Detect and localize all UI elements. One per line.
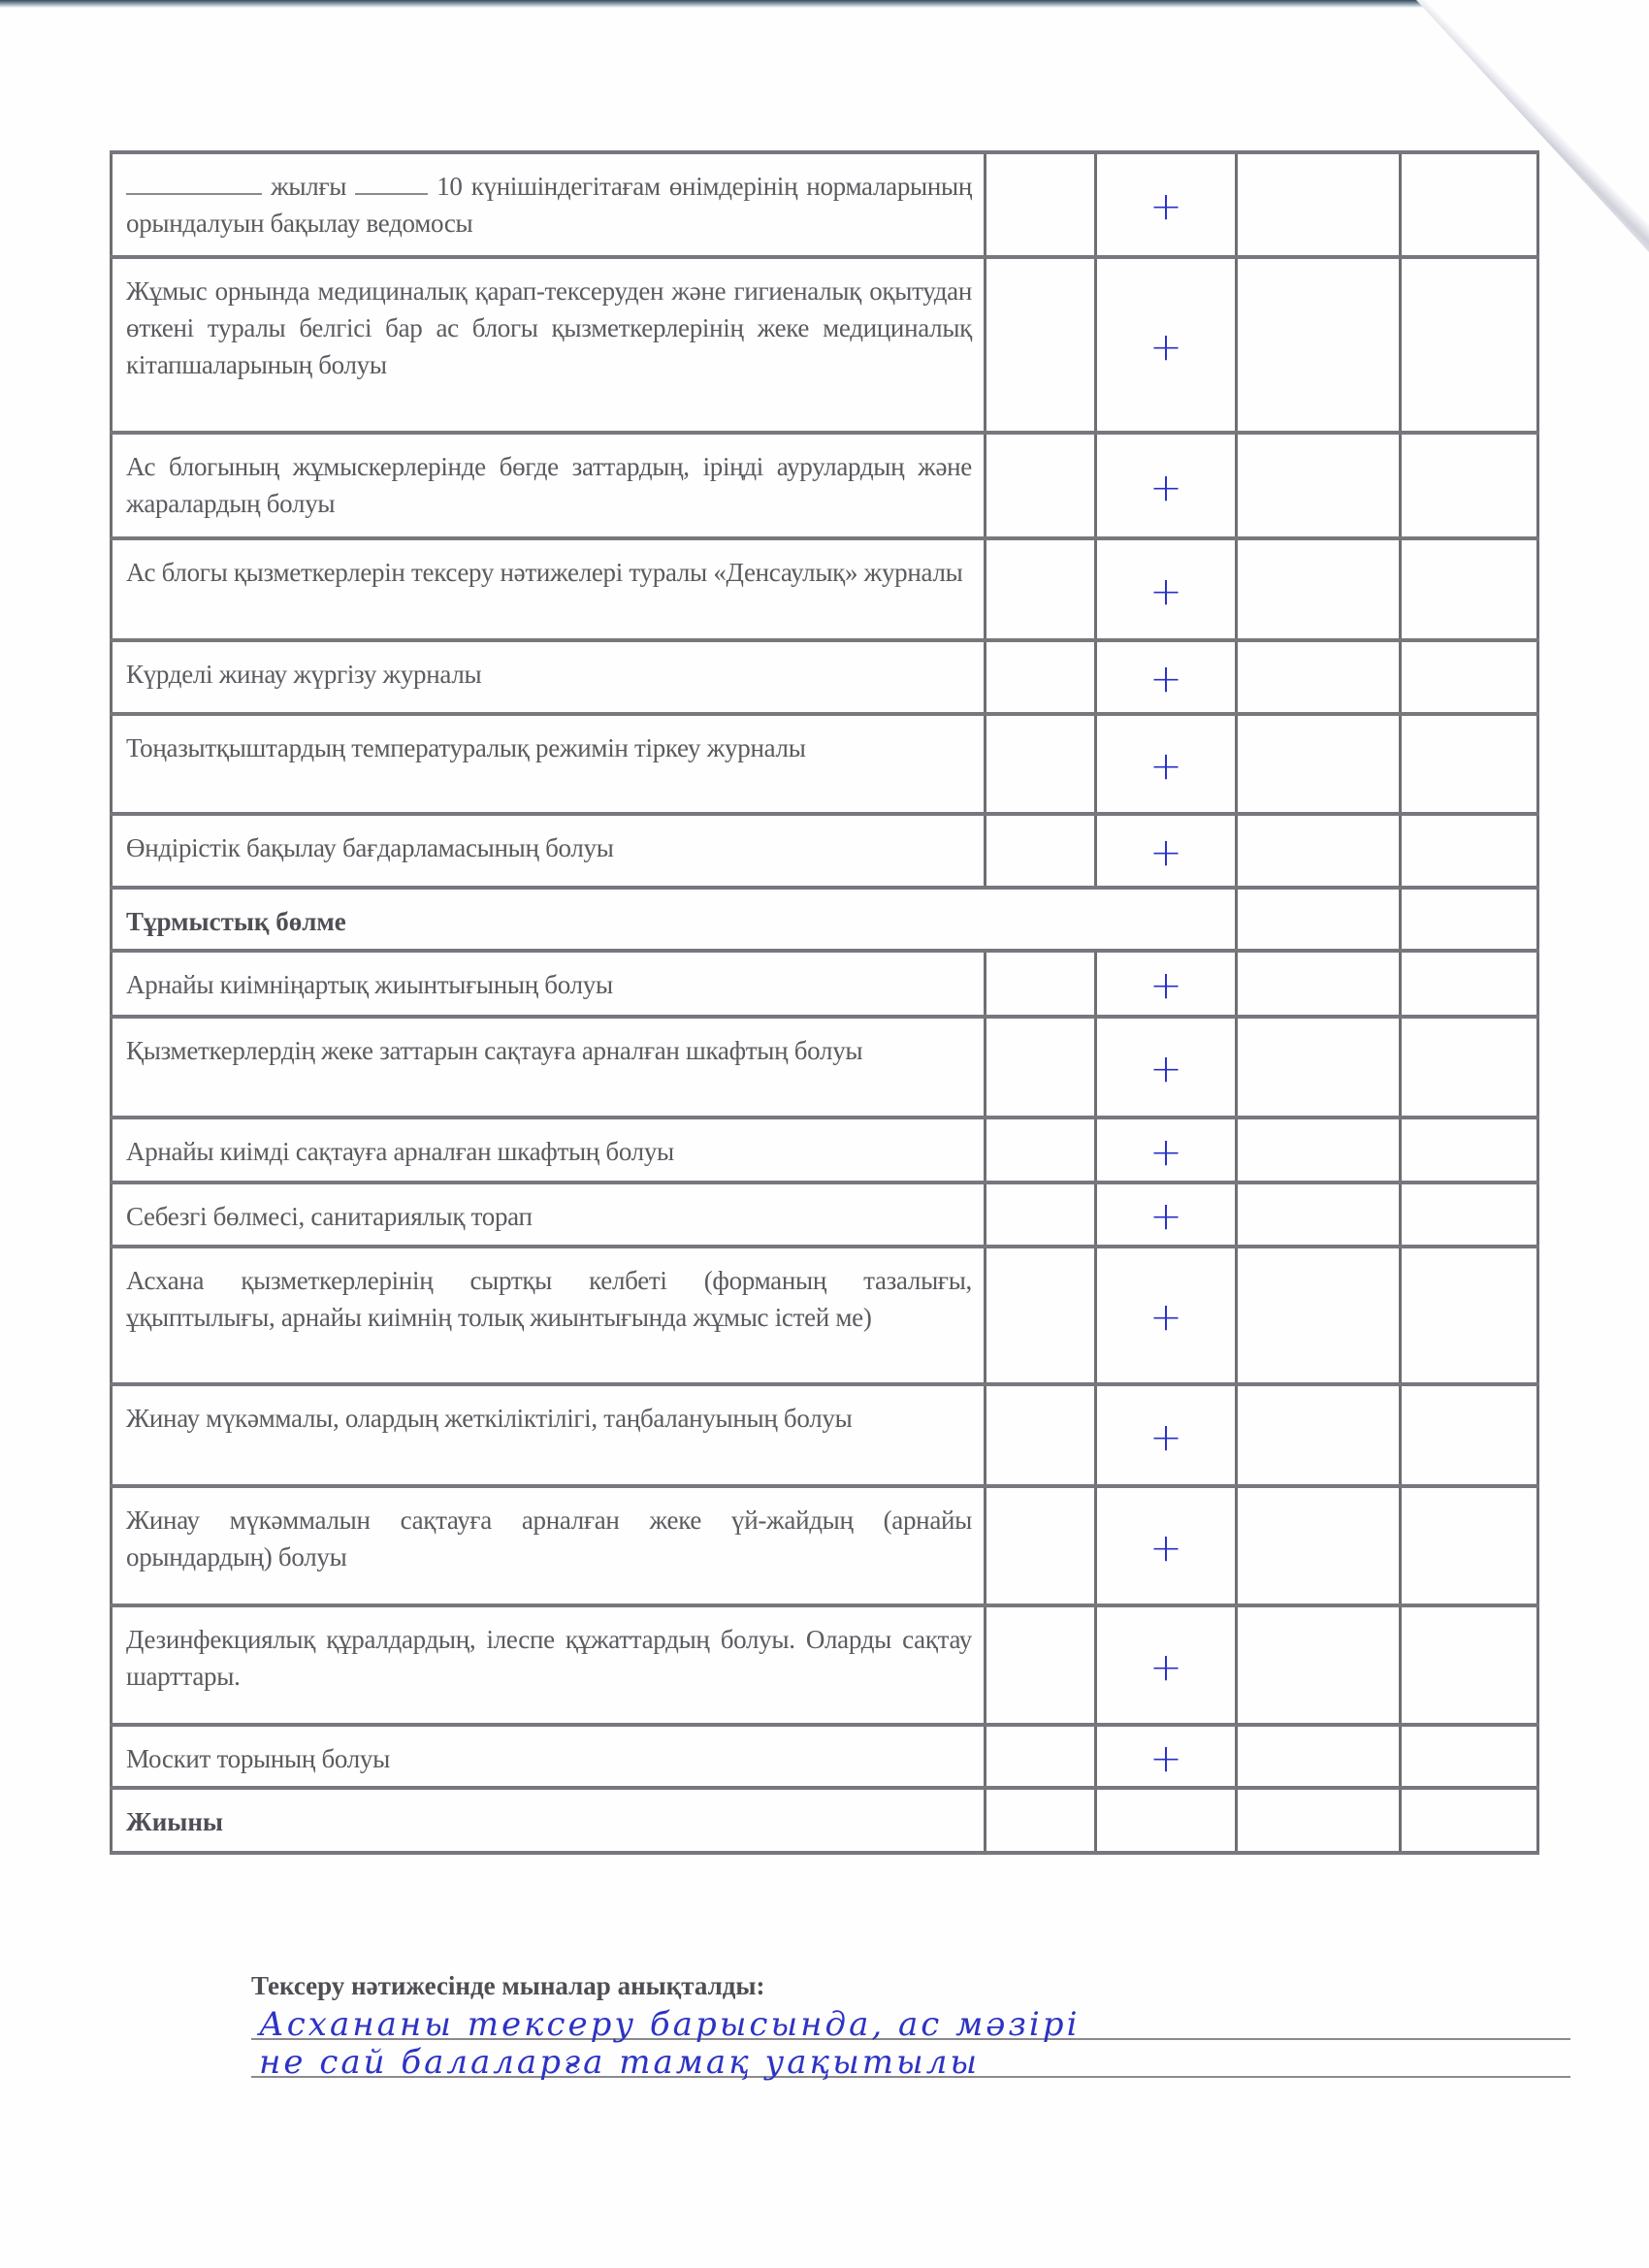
mark-cell[interactable] xyxy=(1399,1727,1539,1786)
mark-cell[interactable] xyxy=(984,716,1094,812)
mark-cell[interactable] xyxy=(1399,154,1539,255)
mark-cell[interactable]: + xyxy=(1094,1184,1235,1245)
criterion-text: Қызметкерлердің жеке заттарын сақтауға а… xyxy=(126,1032,972,1069)
mark-cell[interactable] xyxy=(1235,1790,1399,1851)
criterion-cell: Асхана қызметкерлерінің сыртқы келбеті (… xyxy=(110,1248,984,1382)
section-title-cell: Тұрмыстық бөлме xyxy=(110,890,1235,949)
mark-cell[interactable] xyxy=(1235,716,1399,812)
criterion-text: Тоңазытқыштардың температуралық режимін … xyxy=(126,729,972,766)
criterion-text-part: 10 күнішіндегітағам өнімдерінің нормалар… xyxy=(126,172,972,238)
mark-cell[interactable]: + xyxy=(1094,435,1235,536)
mark-cell[interactable] xyxy=(984,1248,1094,1382)
criterion-cell: Себезгі бөлмесі, санитариялық торап xyxy=(110,1184,984,1245)
mark-cell[interactable]: + xyxy=(1094,1607,1235,1723)
mark-cell[interactable] xyxy=(1399,716,1539,812)
criterion-text: Жинау мүкәммалы, олардың жеткіліктілігі,… xyxy=(126,1400,972,1437)
criterion-text: жылғы 10 күнішіндегітағам өнімдерінің но… xyxy=(126,168,972,242)
mark-cell[interactable] xyxy=(1094,1790,1235,1851)
mark-cell[interactable] xyxy=(984,1790,1094,1851)
criterion-cell: Дезинфекциялық құралдардың, ілеспе құжат… xyxy=(110,1607,984,1723)
table-row: Ас блогының жұмыскерлерінде бөгде заттар… xyxy=(110,431,1539,536)
handwritten-plus-mark: + xyxy=(1149,657,1182,701)
mark-cell[interactable] xyxy=(984,1386,1094,1484)
handwritten-plus-mark: + xyxy=(1149,1295,1182,1340)
mark-cell[interactable] xyxy=(984,1119,1094,1181)
criterion-text: Өндірістік бақылау бағдарламасының болуы xyxy=(126,829,972,866)
mark-cell[interactable] xyxy=(984,540,1094,638)
mark-cell[interactable] xyxy=(984,816,1094,886)
mark-cell[interactable] xyxy=(1399,1119,1539,1181)
mark-cell[interactable] xyxy=(984,1607,1094,1723)
mark-cell[interactable] xyxy=(1235,1607,1399,1723)
table-row: Жинау мүкәммалы, олардың жеткіліктілігі,… xyxy=(110,1382,1539,1484)
handwritten-plus-mark: + xyxy=(1149,1645,1182,1690)
table-row: Арнайы киімніңартық жиынтығының болуы+ xyxy=(110,949,1539,1015)
mark-cell[interactable] xyxy=(1235,1184,1399,1245)
criterion-cell: Жиыны xyxy=(110,1790,984,1851)
mark-cell[interactable] xyxy=(1399,435,1539,536)
section-title: Тұрмыстық бөлме xyxy=(126,903,1223,940)
criterion-cell: Арнайы киімніңартық жиынтығының болуы xyxy=(110,953,984,1015)
mark-cell[interactable]: + xyxy=(1094,540,1235,638)
criterion-cell: Тоңазытқыштардың температуралық режимін … xyxy=(110,716,984,812)
mark-cell[interactable]: + xyxy=(1094,259,1235,431)
mark-cell[interactable] xyxy=(1235,1386,1399,1484)
table-row: Өндірістік бақылау бағдарламасының болуы… xyxy=(110,812,1539,886)
criterion-cell: Жинау мүкәммалы, олардың жеткіліктілігі,… xyxy=(110,1386,984,1484)
total-row: Жиыны xyxy=(110,1786,1539,1855)
criterion-text-part: жылғы xyxy=(262,172,355,201)
mark-cell[interactable] xyxy=(1235,642,1399,712)
score-cell[interactable] xyxy=(1235,890,1399,949)
mark-cell[interactable] xyxy=(1235,154,1399,255)
mark-cell[interactable] xyxy=(984,953,1094,1015)
table-row: Тоңазытқыштардың температуралық режимін … xyxy=(110,712,1539,812)
table-row: Дезинфекциялық құралдардың, ілеспе құжат… xyxy=(110,1604,1539,1723)
criterion-text: Асхана қызметкерлерінің сыртқы келбеті (… xyxy=(126,1262,972,1336)
mark-cell[interactable] xyxy=(1235,1727,1399,1786)
criterion-text: Ас блогы қызметкерлерін тексеру нәтижеле… xyxy=(126,554,972,591)
criterion-text: Арнайы киімніңартық жиынтығының болуы xyxy=(126,966,972,1003)
handwritten-plus-mark: + xyxy=(1149,830,1182,875)
criterion-text: Себезгі бөлмесі, санитариялық торап xyxy=(126,1198,972,1235)
criterion-cell: Қызметкерлердің жеке заттарын сақтауға а… xyxy=(110,1019,984,1116)
blank-field[interactable] xyxy=(126,193,262,195)
mark-cell[interactable] xyxy=(1235,1119,1399,1181)
table-row: Жұмыс орнында медициналық қарап-тексеруд… xyxy=(110,255,1539,431)
mark-cell[interactable] xyxy=(1399,953,1539,1015)
mark-cell[interactable] xyxy=(1235,1488,1399,1604)
mark-cell[interactable] xyxy=(984,259,1094,431)
mark-cell[interactable] xyxy=(1399,1386,1539,1484)
criterion-text: Күрделі жинау жүргізу журналы xyxy=(126,656,972,693)
mark-cell[interactable] xyxy=(984,642,1094,712)
table-row: Күрделі жинау жүргізу журналы+ xyxy=(110,638,1539,712)
mark-cell[interactable] xyxy=(1399,816,1539,886)
criterion-cell: Өндірістік бақылау бағдарламасының болуы xyxy=(110,816,984,886)
mark-cell[interactable]: + xyxy=(1094,1727,1235,1786)
table-row: Жинау мүкәммалын сақтауға арналған жеке … xyxy=(110,1484,1539,1604)
handwritten-plus-mark: + xyxy=(1149,1736,1182,1781)
mark-cell[interactable] xyxy=(1235,1248,1399,1382)
criterion-text: Дезинфекциялық құралдардың, ілеспе құжат… xyxy=(126,1621,972,1695)
criterion-text: Москит торының болуы xyxy=(126,1740,972,1777)
table-row: Асхана қызметкерлерінің сыртқы келбеті (… xyxy=(110,1245,1539,1382)
handwritten-plus-mark: + xyxy=(1149,744,1182,789)
table-row: Арнайы киімді сақтауға арналған шкафтың … xyxy=(110,1116,1539,1181)
conclusion-line-2[interactable]: не сай балаларға тамақ уақытылы xyxy=(251,2040,1570,2078)
mark-cell[interactable] xyxy=(1399,1790,1539,1851)
criterion-cell: жылғы 10 күнішіндегітағам өнімдерінің но… xyxy=(110,154,984,255)
mark-cell[interactable] xyxy=(984,1727,1094,1786)
criterion-cell: Жинау мүкәммалын сақтауға арналған жеке … xyxy=(110,1488,984,1604)
criterion-cell: Күрделі жинау жүргізу журналы xyxy=(110,642,984,712)
mark-cell[interactable] xyxy=(1235,435,1399,536)
handwritten-text: не сай балаларға тамақ уақытылы xyxy=(259,2043,980,2082)
criterion-cell: Москит торының болуы xyxy=(110,1727,984,1786)
criterion-text: Ас блогының жұмыскерлерінде бөгде заттар… xyxy=(126,448,972,522)
conclusion-section: Тексеру нәтижесінде мыналар анықталды: А… xyxy=(251,1969,1570,2078)
criterion-cell: Арнайы киімді сақтауға арналған шкафтың … xyxy=(110,1119,984,1181)
mark-cell[interactable] xyxy=(1399,1248,1539,1382)
mark-cell[interactable] xyxy=(1235,540,1399,638)
mark-cell[interactable] xyxy=(1235,816,1399,886)
mark-cell[interactable] xyxy=(984,1019,1094,1116)
mark-cell[interactable]: + xyxy=(1094,154,1235,255)
mark-cell[interactable]: + xyxy=(1094,1248,1235,1382)
criterion-text: Жинау мүкәммалын сақтауға арналған жеке … xyxy=(126,1502,972,1575)
criterion-cell: Жұмыс орнында медициналық қарап-тексеруд… xyxy=(110,259,984,431)
mark-cell[interactable] xyxy=(1399,259,1539,431)
mark-cell[interactable]: + xyxy=(1094,1386,1235,1484)
mark-cell[interactable] xyxy=(984,1488,1094,1604)
total-label: Жиыны xyxy=(126,1803,972,1840)
score-cell[interactable] xyxy=(1399,890,1539,949)
mark-cell[interactable] xyxy=(1235,1019,1399,1116)
mark-cell[interactable] xyxy=(1399,1488,1539,1604)
mark-cell[interactable] xyxy=(1399,642,1539,712)
mark-cell[interactable]: + xyxy=(1094,816,1235,886)
mark-cell[interactable] xyxy=(1235,953,1399,1015)
mark-cell[interactable] xyxy=(984,1184,1094,1245)
table-row: Қызметкерлердің жеке заттарын сақтауға а… xyxy=(110,1015,1539,1116)
table-row: Москит торының болуы+ xyxy=(110,1723,1539,1786)
checklist-table: жылғы 10 күнішіндегітағам өнімдерінің но… xyxy=(110,150,1539,1851)
conclusion-heading: Тексеру нәтижесінде мыналар анықталды: xyxy=(251,1969,1570,2002)
mark-cell[interactable]: + xyxy=(1094,953,1235,1015)
handwritten-plus-mark: + xyxy=(1149,569,1182,614)
section-header-row: Тұрмыстық бөлме xyxy=(110,886,1539,949)
criterion-cell: Ас блогының жұмыскерлерінде бөгде заттар… xyxy=(110,435,984,536)
mark-cell[interactable] xyxy=(1399,540,1539,638)
mark-cell[interactable]: + xyxy=(1094,716,1235,812)
mark-cell[interactable] xyxy=(1399,1019,1539,1116)
criterion-text: Жұмыс орнында медициналық қарап-тексеруд… xyxy=(126,273,972,383)
mark-cell[interactable] xyxy=(984,154,1094,255)
mark-cell[interactable] xyxy=(984,435,1094,536)
mark-cell[interactable] xyxy=(1399,1607,1539,1723)
blank-field[interactable] xyxy=(355,193,428,195)
table-row: жылғы 10 күнішіндегітағам өнімдерінің но… xyxy=(110,150,1539,255)
mark-cell[interactable] xyxy=(1399,1184,1539,1245)
handwritten-plus-mark: + xyxy=(1149,1047,1182,1091)
mark-cell[interactable]: + xyxy=(1094,1019,1235,1116)
handwritten-text: Асхананы тексеру барысында, ас мәзірі xyxy=(259,2005,1080,2044)
conclusion-line-1[interactable]: Асхананы тексеру барысында, ас мәзірі xyxy=(251,2002,1570,2040)
handwritten-plus-mark: + xyxy=(1149,963,1182,1008)
handwritten-plus-mark: + xyxy=(1149,184,1182,229)
handwritten-plus-mark: + xyxy=(1149,1415,1182,1460)
mark-cell[interactable]: + xyxy=(1094,1488,1235,1604)
mark-cell[interactable] xyxy=(1235,259,1399,431)
criterion-cell: Ас блогы қызметкерлерін тексеру нәтижеле… xyxy=(110,540,984,638)
handwritten-plus-mark: + xyxy=(1149,325,1182,370)
mark-cell[interactable]: + xyxy=(1094,1119,1235,1181)
handwritten-plus-mark: + xyxy=(1149,1194,1182,1239)
scan-top-edge xyxy=(0,0,1649,8)
handwritten-plus-mark: + xyxy=(1149,466,1182,510)
mark-cell[interactable]: + xyxy=(1094,642,1235,712)
handwritten-plus-mark: + xyxy=(1149,1526,1182,1571)
criterion-text: Арнайы киімді сақтауға арналған шкафтың … xyxy=(126,1133,972,1170)
handwritten-plus-mark: + xyxy=(1149,1130,1182,1175)
table-row: Себезгі бөлмесі, санитариялық торап+ xyxy=(110,1181,1539,1245)
table-row: Ас блогы қызметкерлерін тексеру нәтижеле… xyxy=(110,536,1539,638)
